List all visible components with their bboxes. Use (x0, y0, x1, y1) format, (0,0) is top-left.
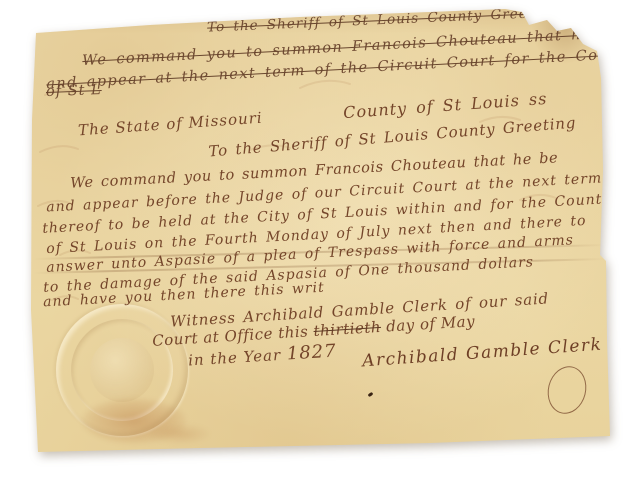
ink-stain-small (150, 424, 210, 444)
paper-shadow-wrap: To the Sheriff of St Louis County Greeti… (0, 0, 640, 485)
scanned-document-page: To the Sheriff of St Louis County Greeti… (0, 0, 640, 485)
manuscript-paper: To the Sheriff of St Louis County Greeti… (0, 0, 640, 485)
seal-center (90, 338, 154, 402)
year-value: 1827 (286, 340, 337, 364)
struck-line-of-stl: of St L (46, 83, 102, 101)
